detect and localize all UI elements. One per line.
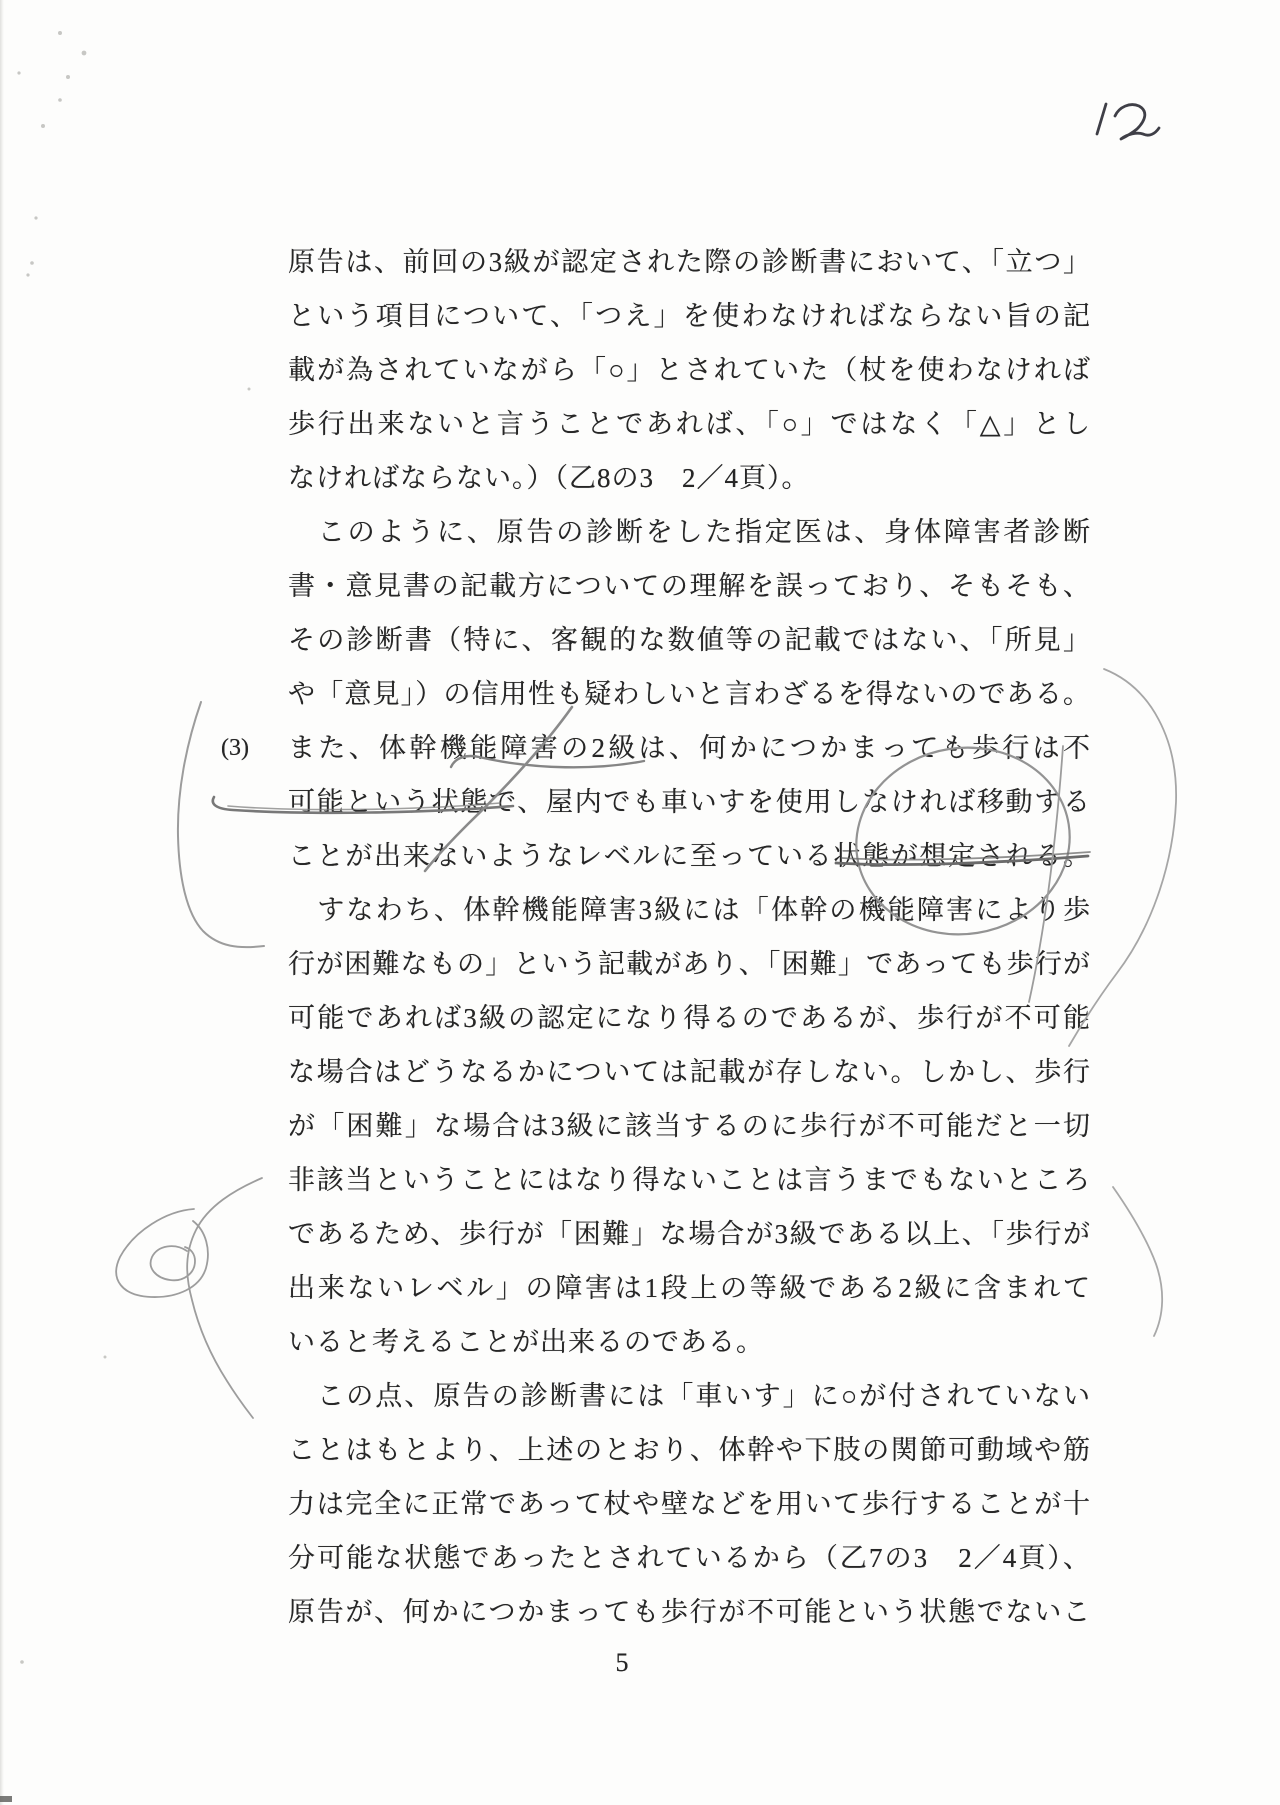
text-line: このように、原告の診断をした指定医は、身体障害者診断	[288, 505, 1091, 559]
text-line: や「意見」）の信用性も疑わしいと言わざるを得ないのである。	[288, 667, 1091, 721]
pencil-right-margin-arc-lower	[1113, 1187, 1162, 1336]
text-line: 分可能な状態であったとされているから（乙7の3 2／4頁）、	[288, 1531, 1091, 1585]
pencil-margin-scribble	[116, 1209, 208, 1297]
text-line: であるため、歩行が「困難」な場合が3級である以上、「歩行が	[288, 1207, 1091, 1261]
text-line: ことはもとより、上述のとおり、体幹や下肢の関節可動域や筋	[288, 1423, 1091, 1477]
handwritten-page-number	[1097, 104, 1159, 139]
pencil-margin-scribble	[187, 1178, 262, 1418]
text-line: が「困難」な場合は3級に該当するのに歩行が不可能だと一切	[288, 1099, 1091, 1153]
scan-specks	[17, 31, 250, 1664]
text-line: すなわち、体幹機能障害3級には「体幹の機能障害により歩	[288, 883, 1091, 937]
text-line: 載が為されていながら「○」とされていた（杖を使わなければ	[288, 343, 1091, 397]
text-line: という項目について、「つえ」を使わなければならない旨の記	[288, 289, 1091, 343]
text-line: 可能であれば3級の認定になり得るのであるが、歩行が不可能	[288, 991, 1091, 1045]
text-line: この点、原告の診断書には「車いす」に○が付されていない	[288, 1369, 1091, 1423]
text-line: 原告は、前回の3級が認定された際の診断書において、「立つ」	[288, 235, 1091, 289]
text-line: 出来ないレベル」の障害は1段上の等級である2級に含まれて	[288, 1261, 1091, 1315]
text-line: その診断書（特に、客観的な数値等の記載ではない、「所見」	[288, 613, 1091, 667]
text-line: ことが出来ないようなレベルに至っている状態が想定される。	[288, 829, 1091, 883]
pencil-margin-scribble	[151, 1246, 195, 1280]
text-line: また、体幹機能障害の2級は、何かにつかまっても歩行は不	[288, 721, 1091, 775]
text-line: 原告が、何かにつかまっても歩行が不可能という状態でないこ	[288, 1585, 1091, 1639]
scan-edge-shadow	[0, 0, 4, 1805]
text-line: 可能という状態で、屋内でも車いすを使用しなければ移動する	[288, 775, 1091, 829]
text-column: 原告は、前回の3級が認定された際の診断書において、「立つ」 という項目について、…	[288, 235, 1091, 1639]
page-number: 5	[604, 1636, 640, 1690]
text-line: 非該当ということにはなり得ないことは言うまでもないところ	[288, 1153, 1091, 1207]
text-line: 歩行出来ないと言うことであれば、「○」ではなく「△」とし	[288, 397, 1091, 451]
text-line: 書・意見書の記載方についての理解を誤っており、そもそも、	[288, 559, 1091, 613]
scanned-document-page: 原告は、前回の3級が認定された際の診断書において、「立つ」 という項目について、…	[0, 0, 1280, 1805]
text-line: 力は完全に正常であって杖や壁などを用いて歩行することが十	[288, 1477, 1091, 1531]
text-line: な場合はどうなるかについては記載が存しない。しかし、歩行	[288, 1045, 1091, 1099]
section-marker: (3)	[221, 721, 249, 775]
text-line: なければならない。）（乙8の3 2／4頁）。	[288, 451, 1091, 505]
text-line: いると考えることが出来るのである。	[288, 1315, 1091, 1369]
text-line: 行が困難なもの」という記載があり、「困難」であっても歩行が	[288, 937, 1091, 991]
